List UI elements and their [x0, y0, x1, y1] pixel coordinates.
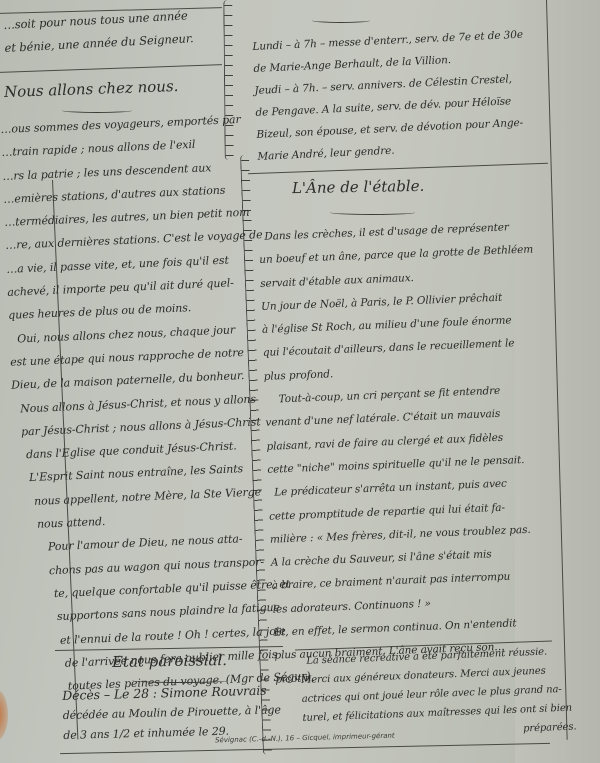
services-list: Lundi – à 7h – messe d'enterr., serv. de… — [252, 24, 528, 168]
section-ornament — [312, 18, 370, 23]
bulletin-page: …soit pour nous tous une année et bénie,… — [0, 0, 600, 763]
greeting-divider — [0, 64, 222, 73]
recreational-evening-notice: La séance récréative a été parfaitement … — [300, 642, 577, 747]
article-body-ane-etable: Dans les crèches, il est d'usage de repr… — [258, 215, 550, 691]
article-title-ane-etable: L'Âne de l'étable. — [292, 177, 425, 197]
greeting-text: …soit pour nous tous une année et bénie,… — [3, 4, 194, 60]
title-ornament — [330, 210, 415, 215]
paper-stain — [0, 690, 8, 740]
article-title-nous-allons: Nous allons chez nous. — [4, 77, 179, 101]
article-title-etat-paroissial: Etat paroissial. — [112, 651, 227, 671]
